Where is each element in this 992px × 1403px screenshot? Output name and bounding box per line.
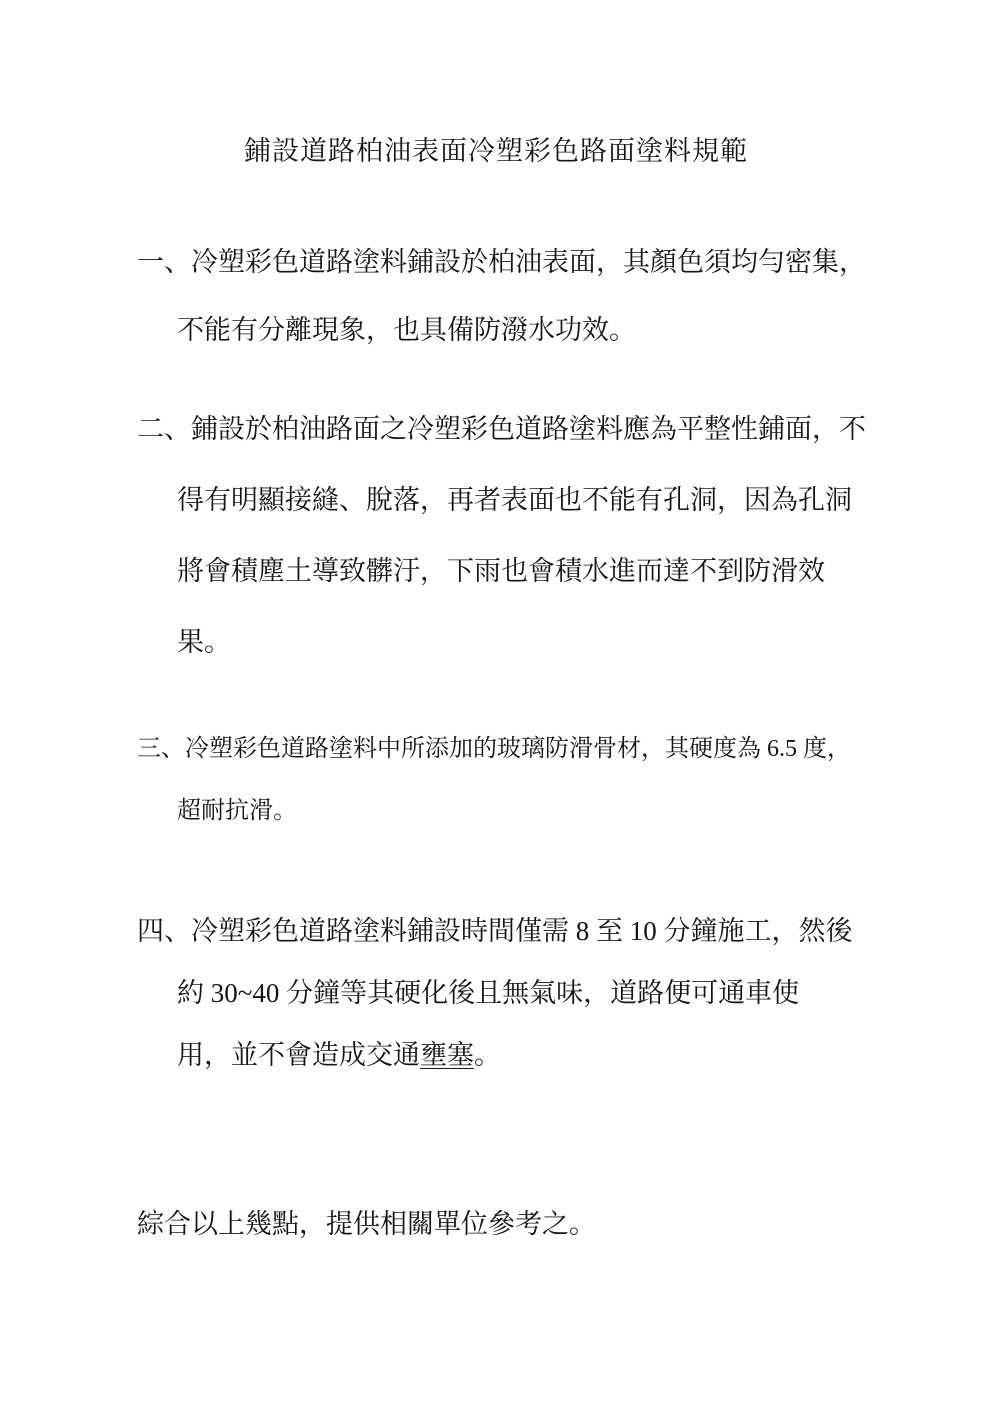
paragraph-2-line-1: 二、鋪設於柏油路面之冷塑彩色道路塗料應為平整性鋪面，不 xyxy=(137,394,882,465)
paragraph-4: 四、冷塑彩色道路塗料鋪設時間僅需 8 至 10 分鐘施工，然後 約 30~40 … xyxy=(177,900,882,1086)
paragraph-2: 二、鋪設於柏油路面之冷塑彩色道路塗料應為平整性鋪面，不 得有明顯接縫、脫落，再者… xyxy=(177,394,882,678)
paragraph-2-line-2: 得有明顯接縫、脫落，再者表面也不能有孔洞，因為孔洞 xyxy=(177,465,882,536)
closing-remark: 綜合以上幾點，提供相關單位參考之。 xyxy=(137,1204,882,1244)
paragraph-4-line-3-text: 用，並不會造成交通 xyxy=(177,1040,420,1070)
paragraph-4-line-1: 四、冷塑彩色道路塗料鋪設時間僅需 8 至 10 分鐘施工，然後 xyxy=(137,900,882,962)
document-page: 鋪設道路柏油表面冷塑彩色路面塗料規範 一、冷塑彩色道路塗料鋪設於柏油表面，其顏色… xyxy=(0,0,992,1403)
underlined-term: 壅塞 xyxy=(420,1040,474,1070)
document-title: 鋪設道路柏油表面冷塑彩色路面塗料規範 xyxy=(0,0,992,172)
paragraph-2-line-4: 果。 xyxy=(177,607,882,678)
paragraph-1-line-2: 不能有分離現象，也具備防潑水功效。 xyxy=(177,296,882,364)
paragraph-4-line-3-period: 。 xyxy=(474,1040,501,1070)
paragraph-2-line-3: 將會積塵土導致髒汙，下雨也會積水進而達不到防滑效 xyxy=(177,536,882,607)
paragraph-3-line-1: 三、冷塑彩色道路塗料中所添加的玻璃防滑骨材，其硬度為 6.5 度， xyxy=(137,718,882,780)
document-body: 一、冷塑彩色道路塗料鋪設於柏油表面，其顏色須均勻密集， 不能有分離現象，也具備防… xyxy=(177,228,882,1244)
paragraph-1-line-1: 一、冷塑彩色道路塗料鋪設於柏油表面，其顏色須均勻密集， xyxy=(137,228,882,296)
paragraph-4-line-2: 約 30~40 分鐘等其硬化後且無氣味，道路便可通車使 xyxy=(177,962,882,1024)
paragraph-3: 三、冷塑彩色道路塗料中所添加的玻璃防滑骨材，其硬度為 6.5 度， 超耐抗滑。 xyxy=(177,718,882,842)
paragraph-4-line-3: 用，並不會造成交通壅塞。 xyxy=(177,1024,882,1086)
paragraph-1: 一、冷塑彩色道路塗料鋪設於柏油表面，其顏色須均勻密集， 不能有分離現象，也具備防… xyxy=(177,228,882,364)
paragraph-3-line-2: 超耐抗滑。 xyxy=(177,780,882,842)
